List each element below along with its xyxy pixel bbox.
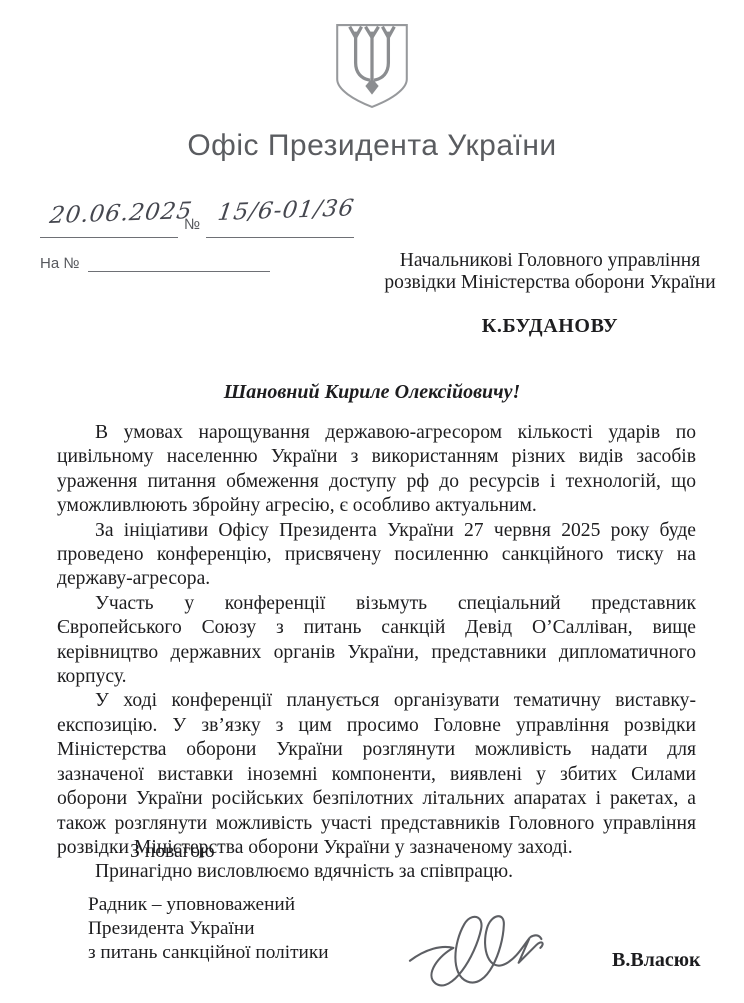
closing-phrase: З повагою	[130, 841, 215, 863]
body-paragraph-5: Принагідно висловлюємо вдячність за спів…	[57, 860, 696, 884]
ref-date-handwritten: 20.06.2025	[48, 198, 194, 229]
signer-title: Радник – уповноважений Президента Україн…	[88, 893, 329, 964]
signature-scribble-icon	[404, 884, 572, 998]
recipient-line-2: розвідки Міністерства оборони України	[383, 272, 717, 294]
body-paragraph-4: У ході конференції планується організува…	[57, 689, 696, 860]
body-paragraph-3: Участь у конференції візьмуть спеціальни…	[57, 592, 696, 690]
salutation: Шановний Кириле Олексійовичу!	[0, 381, 744, 404]
signer-title-line-2: Президента України	[88, 917, 329, 941]
recipient-block: Начальникові Головного управління розвід…	[383, 250, 717, 337]
reply-number-underline	[88, 271, 270, 272]
body-paragraph-2: За ініціативи Офісу Президента України 2…	[57, 519, 696, 592]
signer-title-line-3: з питань санкційної політики	[88, 941, 329, 965]
letter-page: Офіс Президента України 20.06.2025 № 15/…	[0, 0, 744, 1003]
ref-number-handwritten: 15/6-01/36	[216, 195, 356, 226]
body-paragraph-1: В умовах нарощування державою-агресором …	[57, 421, 696, 519]
signer-name: В.Власюк	[612, 949, 701, 972]
signer-title-line-1: Радник – уповноважений	[88, 893, 329, 917]
recipient-name: К.БУДАНОВУ	[383, 315, 717, 337]
recipient-line-1: Начальникові Головного управління	[383, 250, 717, 272]
letter-body: В умовах нарощування державою-агресором …	[57, 421, 696, 885]
ref-number-label: №	[184, 216, 200, 233]
ref-date-underline	[40, 237, 178, 238]
tryzub-emblem-icon	[331, 22, 413, 110]
ref-number-underline	[206, 237, 354, 238]
reply-number-label: На №	[40, 255, 79, 272]
org-title: Офіс Президента України	[0, 129, 744, 163]
